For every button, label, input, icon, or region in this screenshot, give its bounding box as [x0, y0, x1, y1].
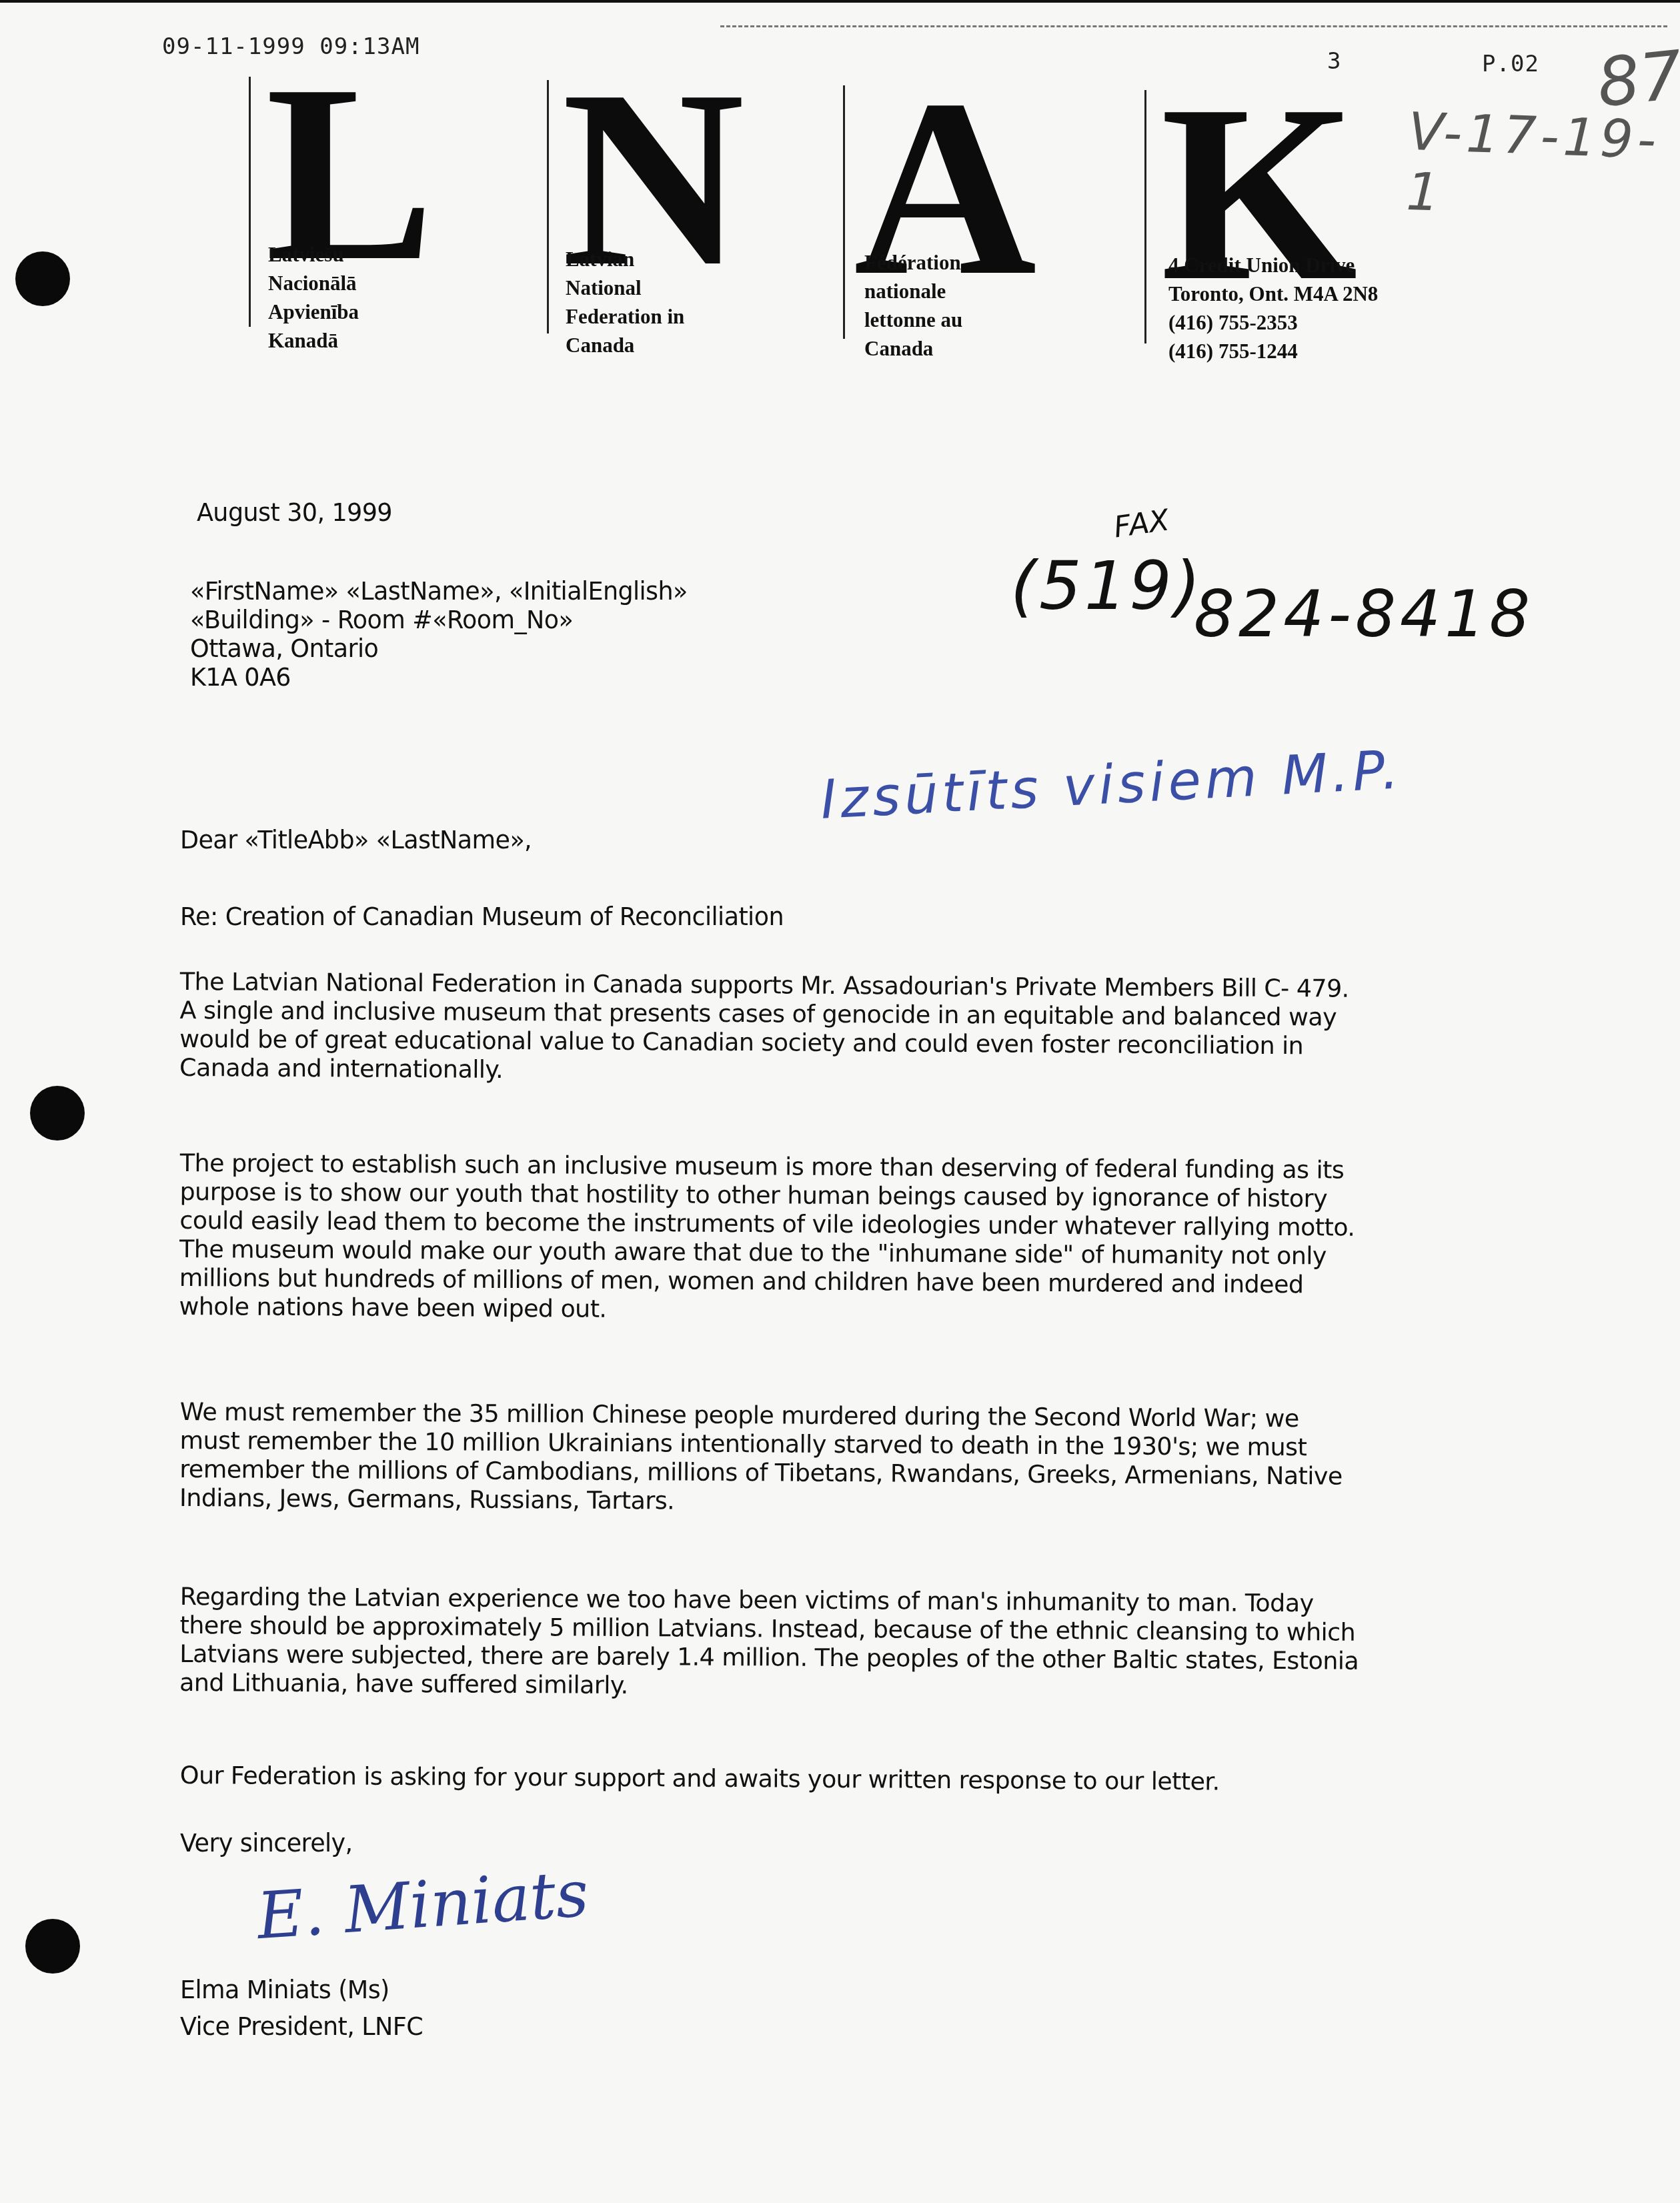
- org-name-english: Latvian National Federation in Canada: [566, 245, 684, 359]
- signer-title: Vice President, LNFC: [180, 2012, 423, 2041]
- letterhead-divider: [843, 85, 845, 339]
- paragraph-5: Our Federation is asking for your suppor…: [180, 1761, 1220, 1796]
- letterhead-divider: [547, 80, 549, 333]
- signature: E. Miniats: [255, 1856, 591, 1954]
- org-address: 4 Credit Union Drive Toronto, Ont. M4A 2…: [1168, 251, 1378, 365]
- fax-page: P.02: [1482, 51, 1539, 77]
- salutation: Dear «TitleAbb» «LastName»,: [180, 826, 532, 854]
- closing: Very sincerely,: [180, 1829, 353, 1858]
- letter-date: August 30, 1999: [197, 498, 392, 527]
- handwritten-file-code: V-17-19-1: [1405, 102, 1680, 231]
- handwritten-fax-area-code: (519): [1010, 547, 1203, 625]
- org-name-french: Fédération nationale lettonne au Canada: [864, 248, 962, 363]
- fax-perforation-line: [720, 25, 1667, 27]
- paragraph-1: The Latvian National Federation in Canad…: [179, 967, 1349, 1089]
- scan-top-edge: [0, 0, 1680, 3]
- paragraph-2: The project to establish such an inclusi…: [179, 1149, 1355, 1328]
- handwritten-note: Izsūtīts visiem M.P.: [819, 738, 1404, 831]
- org-name-latvian: Latviešu Nacionālā Apvienība Kanadā: [268, 240, 359, 355]
- letterhead-divider: [249, 77, 251, 327]
- paragraph-4: Regarding the Latvian experience we too …: [179, 1582, 1359, 1704]
- paragraph-3: We must remember the 35 million Chinese …: [179, 1397, 1343, 1519]
- signer-name: Elma Miniats (Ms): [180, 1976, 389, 2004]
- punch-hole-bottom: [25, 1919, 80, 1974]
- recipient-address: «FirstName» «LastName», «InitialEnglish»…: [190, 577, 688, 692]
- handwritten-fax-label: FAX: [1112, 503, 1171, 544]
- letterhead-divider: [1144, 90, 1146, 343]
- punch-hole-middle: [30, 1086, 85, 1141]
- subject-line: Re: Creation of Canadian Museum of Recon…: [180, 902, 784, 931]
- handwritten-fax-number: 824-8418: [1194, 577, 1534, 652]
- punch-hole-top: [15, 251, 70, 306]
